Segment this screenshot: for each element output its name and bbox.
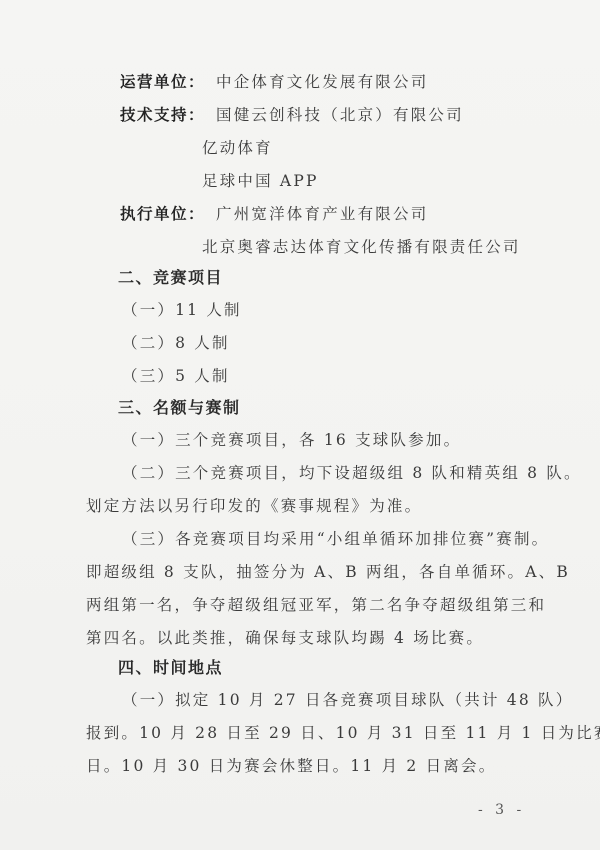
paragraph-line: 即超级组 8 支队，抽签分为 A、B 两组，各自单循环。A、B — [86, 562, 570, 582]
event-item: （三）5 人制 — [122, 366, 230, 386]
organizer-value: 广州宽洋体育产业有限公司 — [216, 205, 428, 223]
organizer-value: 北京奥睿志达体育文化传播有限责任公司 — [202, 237, 521, 257]
organizer-executor: 执行单位：广州宽洋体育产业有限公司 — [120, 204, 428, 224]
section-heading-quota-format: 三、名额与赛制 — [118, 398, 241, 418]
paragraph-line: 报到。10 月 28 日至 29 日、10 月 31 日至 11 月 1 日为比… — [86, 723, 600, 743]
document-page: 运营单位：中企体育文化发展有限公司 技术支持：国健云创科技（北京）有限公司 亿动… — [0, 0, 600, 850]
event-item: （二）8 人制 — [122, 333, 230, 353]
section-heading-competition-events: 二、竞赛项目 — [118, 268, 223, 288]
paragraph-line: （二）三个竞赛项目，均下设超级组 8 队和精英组 8 队。 — [122, 463, 582, 483]
paragraph-line: （三）各竞赛项目均采用“小组单循环加排位赛”赛制。 — [122, 529, 549, 549]
paragraph-line: 划定方法以另行印发的《赛事规程》为准。 — [86, 496, 422, 516]
organizer-value: 中企体育文化发展有限公司 — [216, 73, 428, 91]
organizer-value: 国健云创科技（北京）有限公司 — [216, 106, 464, 124]
event-item: （一）11 人制 — [122, 300, 242, 320]
section-heading-time-location: 四、时间地点 — [118, 658, 223, 678]
organizer-label: 技术支持： — [120, 105, 216, 125]
organizer-value: 足球中国 APP — [202, 171, 319, 191]
paragraph-line: （一）拟定 10 月 27 日各竞赛项目球队（共计 48 队） — [122, 690, 573, 710]
organizer-label: 执行单位： — [120, 204, 216, 224]
page-number: - 3 - — [478, 802, 525, 818]
organizer-value: 亿动体育 — [202, 138, 273, 158]
organizer-operator: 运营单位：中企体育文化发展有限公司 — [120, 72, 428, 92]
paragraph-line: 两组第一名，争夺超级组冠亚军，第二名争夺超级组第三和 — [86, 595, 546, 615]
organizer-label: 运营单位： — [120, 72, 216, 92]
paragraph-line: 第四名。以此类推，确保每支球队均踢 4 场比赛。 — [86, 628, 484, 648]
organizer-tech-support: 技术支持：国健云创科技（北京）有限公司 — [120, 105, 464, 125]
paragraph-line: （一）三个竞赛项目，各 16 支球队参加。 — [122, 430, 461, 450]
paragraph-line: 日。10 月 30 日为赛会休整日。11 月 2 日离会。 — [86, 756, 496, 776]
